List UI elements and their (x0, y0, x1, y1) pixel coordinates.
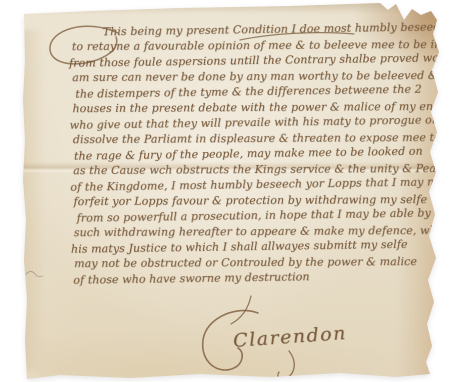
age-stain-left-edge (18, 30, 44, 370)
age-stain-top-edge (20, 2, 440, 14)
photo-background: This being my present Condition I doe mo… (0, 0, 468, 382)
signature-clarendon: Clarendon (232, 322, 347, 352)
paper-sheet: This being my present Condition I doe mo… (0, 0, 468, 382)
age-stain-bottom (40, 330, 420, 382)
letter-body: This being my present Condition I doe mo… (69, 21, 444, 288)
manuscript-paper: This being my present Condition I doe mo… (0, 0, 468, 382)
